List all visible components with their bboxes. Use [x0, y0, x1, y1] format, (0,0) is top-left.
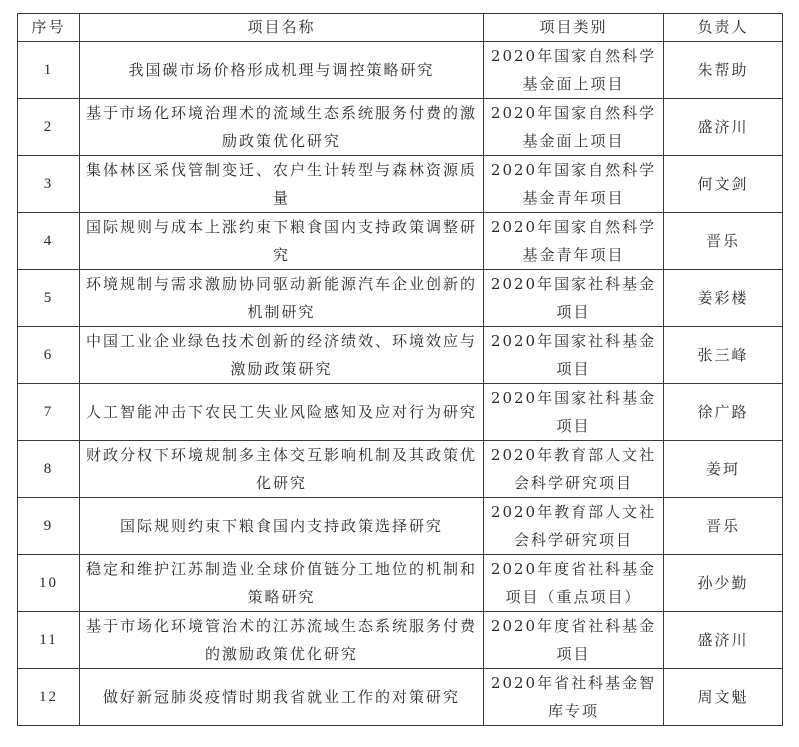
project-name: 我国碳市场价格形成机理与调控策略研究 — [80, 42, 484, 99]
project-category: 2020年教育部人文社会科学研究项目 — [484, 498, 664, 555]
project-leader: 何文剑 — [664, 156, 783, 213]
table-row: 6中国工业企业绿色技术创新的经济绩效、环境效应与激励政策研究2020年国家社科基… — [18, 327, 783, 384]
project-category: 2020年国家自然科学基金面上项目 — [484, 99, 664, 156]
project-category: 2020年度省社科基金项目 — [484, 612, 664, 669]
table-row: 11基于市场化环境管治术的江苏流域生态系统服务付费的激励政策优化研究2020年度… — [18, 612, 783, 669]
project-leader: 孙少勤 — [664, 555, 783, 612]
project-category: 2020年教育部人文社会科学研究项目 — [484, 441, 664, 498]
project-name: 集体林区采伐管制变迁、农户生计转型与森林资源质量 — [80, 156, 484, 213]
project-category: 2020年国家自然科学基金面上项目 — [484, 42, 664, 99]
table-row: 4国际规则与成本上涨约束下粮食国内支持政策调整研究2020年国家自然科学基金青年… — [18, 213, 783, 270]
project-category: 2020年国家社科基金项目 — [484, 384, 664, 441]
row-number: 1 — [18, 42, 80, 99]
project-leader: 盛济川 — [664, 612, 783, 669]
project-leader: 姜珂 — [664, 441, 783, 498]
header-leader: 负责人 — [664, 14, 783, 42]
table-row: 12做好新冠肺炎疫情时期我省就业工作的对策研究2020年省社科基金智库专项周文魁 — [18, 669, 783, 726]
project-name: 国际规则约束下粮食国内支持政策选择研究 — [80, 498, 484, 555]
table-row: 7人工智能冲击下农民工失业风险感知及应对行为研究2020年国家社科基金项目徐广路 — [18, 384, 783, 441]
row-number: 11 — [18, 612, 80, 669]
project-name: 基于市场化环境治理术的流域生态系统服务付费的激励政策优化研究 — [80, 99, 484, 156]
project-leader: 姜彩楼 — [664, 270, 783, 327]
project-leader: 盛济川 — [664, 99, 783, 156]
project-name: 稳定和维护江苏制造业全球价值链分工地位的机制和策略研究 — [80, 555, 484, 612]
project-name: 人工智能冲击下农民工失业风险感知及应对行为研究 — [80, 384, 484, 441]
row-number: 8 — [18, 441, 80, 498]
project-leader: 张三峰 — [664, 327, 783, 384]
header-project-name: 项目名称 — [80, 14, 484, 42]
project-leader: 晋乐 — [664, 498, 783, 555]
project-category: 2020年国家自然科学基金青年项目 — [484, 156, 664, 213]
project-name: 中国工业企业绿色技术创新的经济绩效、环境效应与激励政策研究 — [80, 327, 484, 384]
table-row: 3集体林区采伐管制变迁、农户生计转型与森林资源质量2020年国家自然科学基金青年… — [18, 156, 783, 213]
project-name: 做好新冠肺炎疫情时期我省就业工作的对策研究 — [80, 669, 484, 726]
table-row: 2基于市场化环境治理术的流域生态系统服务付费的激励政策优化研究2020年国家自然… — [18, 99, 783, 156]
table-row: 10稳定和维护江苏制造业全球价值链分工地位的机制和策略研究2020年度省社科基金… — [18, 555, 783, 612]
table-row: 1我国碳市场价格形成机理与调控策略研究2020年国家自然科学基金面上项目朱帮助 — [18, 42, 783, 99]
project-category: 2020年国家社科基金项目 — [484, 270, 664, 327]
table-row: 9国际规则约束下粮食国内支持政策选择研究2020年教育部人文社会科学研究项目晋乐 — [18, 498, 783, 555]
row-number: 6 — [18, 327, 80, 384]
row-number: 4 — [18, 213, 80, 270]
row-number: 2 — [18, 99, 80, 156]
projects-table: 序号 项目名称 项目类别 负责人 1我国碳市场价格形成机理与调控策略研究2020… — [17, 13, 783, 726]
project-category: 2020年省社科基金智库专项 — [484, 669, 664, 726]
project-category: 2020年度省社科基金项目（重点项目） — [484, 555, 664, 612]
project-leader: 朱帮助 — [664, 42, 783, 99]
row-number: 10 — [18, 555, 80, 612]
project-name: 国际规则与成本上涨约束下粮食国内支持政策调整研究 — [80, 213, 484, 270]
project-leader: 徐广路 — [664, 384, 783, 441]
project-category: 2020年国家自然科学基金青年项目 — [484, 213, 664, 270]
header-no: 序号 — [18, 14, 80, 42]
project-leader: 周文魁 — [664, 669, 783, 726]
row-number: 12 — [18, 669, 80, 726]
row-number: 3 — [18, 156, 80, 213]
table-row: 5环境规制与需求激励协同驱动新能源汽车企业创新的机制研究2020年国家社科基金项… — [18, 270, 783, 327]
header-row: 序号 项目名称 项目类别 负责人 — [18, 14, 783, 42]
row-number: 9 — [18, 498, 80, 555]
project-leader: 晋乐 — [664, 213, 783, 270]
header-project-category: 项目类别 — [484, 14, 664, 42]
project-category: 2020年国家社科基金项目 — [484, 327, 664, 384]
project-name: 环境规制与需求激励协同驱动新能源汽车企业创新的机制研究 — [80, 270, 484, 327]
row-number: 5 — [18, 270, 80, 327]
row-number: 7 — [18, 384, 80, 441]
table-row: 8财政分权下环境规制多主体交互影响机制及其政策优化研究2020年教育部人文社会科… — [18, 441, 783, 498]
project-name: 基于市场化环境管治术的江苏流域生态系统服务付费的激励政策优化研究 — [80, 612, 484, 669]
project-name: 财政分权下环境规制多主体交互影响机制及其政策优化研究 — [80, 441, 484, 498]
